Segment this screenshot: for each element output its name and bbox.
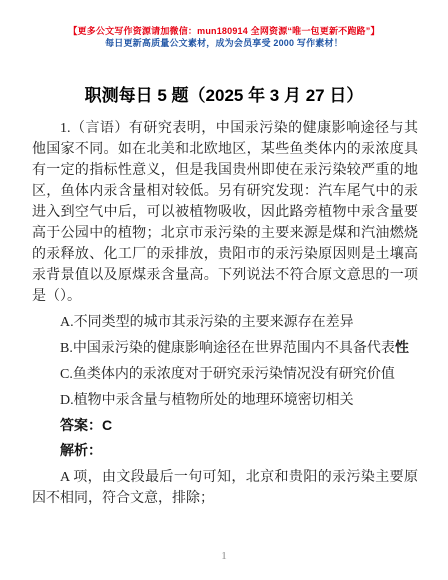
option-a: A.不同类型的城市其汞污染的主要来源存在差异 (32, 311, 418, 333)
answer-label: 答案 (60, 417, 88, 433)
option-d-text: D.植物中汞含量与植物所处的地理环境密切相关 (60, 393, 354, 408)
option-c: C.鱼类体内的汞浓度对于研究汞污染情况没有研究价值 (32, 363, 418, 385)
option-c-text: C.鱼类体内的汞浓度对于研究汞污染情况没有研究价值 (60, 367, 395, 382)
option-d: D.植物中汞含量与植物所处的地理环境密切相关 (32, 389, 418, 411)
page-number: 1 (0, 550, 448, 562)
document-body: 1.（言语）有研究表明，中国汞污染的健康影响途径与其他国家不同。如在北美和北欧地… (0, 118, 448, 509)
analysis-paragraph: A 项，由文段最后一句可知，北京和贵阳的汞污染主要原因不相同，符合文意，排除； (32, 467, 418, 509)
document-page: 【更多公文写作资源请加微信：mun180914 全网资源“唯一包更新不跑路”】 … (0, 0, 448, 580)
analysis-label: 解析： (60, 442, 102, 458)
answer-line: 答案：C (32, 415, 418, 436)
option-a-text: A.不同类型的城市其汞污染的主要来源存在差异 (60, 315, 354, 330)
option-b-suffix: 性 (395, 339, 409, 355)
analysis-line: 解析： (32, 440, 418, 461)
promo-line-2: 每日更新高质量公文素材，成为会员享受 2000 写作素材！ (0, 37, 448, 49)
promo-banner: 【更多公文写作资源请加微信：mun180914 全网资源“唯一包更新不跑路”】 … (0, 0, 448, 49)
page-title: 职测每日 5 题（2025 年 3 月 27 日） (28, 85, 420, 107)
promo-line-1: 【更多公文写作资源请加微信：mun180914 全网资源“唯一包更新不跑路”】 (0, 25, 448, 37)
question-stem: 1.（言语）有研究表明，中国汞污染的健康影响途径与其他国家不同。如在北美和北欧地… (32, 118, 418, 307)
answer-value: ：C (88, 417, 112, 433)
option-b-text: B.中国汞污染的健康影响途径在世界范围内不具备代表 (60, 341, 395, 356)
option-b: B.中国汞污染的健康影响途径在世界范围内不具备代表性 (32, 337, 418, 359)
